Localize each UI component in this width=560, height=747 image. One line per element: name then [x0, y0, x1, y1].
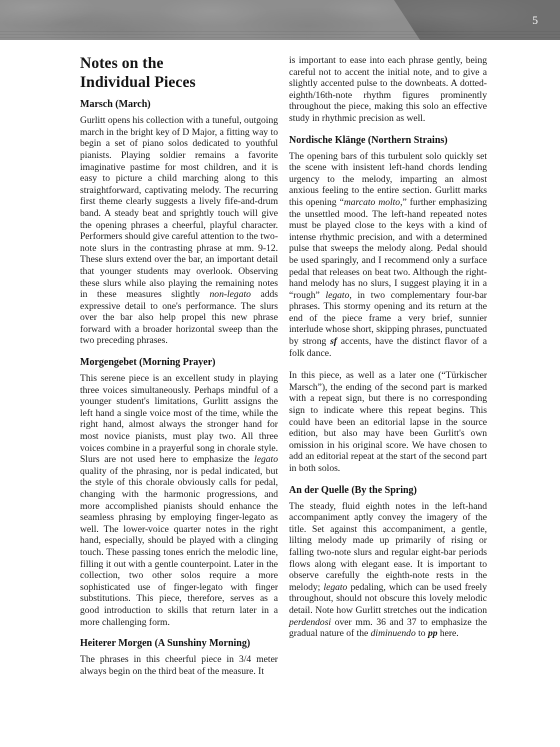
page-number: 5 — [532, 15, 538, 27]
section-heading-marsch: Marsch (March) — [80, 99, 278, 111]
section-heading-nordische-klaenge: Nordische Klänge (Northern Strains) — [289, 135, 487, 147]
two-column-body: Notes on the Individual Pieces Marsch (M… — [80, 55, 486, 677]
section-an-der-quelle: An der Quelle (By the Spring) The steady… — [289, 485, 487, 640]
header-dark-panel — [0, 0, 560, 40]
section-nordische-klaenge: Nordische Klänge (Northern Strains) The … — [289, 135, 487, 475]
right-column: is important to ease into each phrase ge… — [289, 55, 487, 677]
paragraph: The phrases in this cheerful piece in 3/… — [80, 654, 278, 677]
section-heiterer-morgen-continued: is important to ease into each phrase ge… — [289, 55, 487, 125]
continuation-paragraph: is important to ease into each phrase ge… — [289, 55, 487, 125]
page-title: Notes on the Individual Pieces — [80, 55, 278, 92]
page-header: 5 — [0, 0, 560, 40]
section-heading-an-der-quelle: An der Quelle (By the Spring) — [289, 485, 487, 497]
paragraph: This serene piece is an excellent study … — [80, 373, 278, 628]
section-heading-morgengebet: Morgengebet (Morning Prayer) — [80, 357, 278, 369]
paragraph: The opening bars of this turbulent solo … — [289, 151, 487, 360]
page-title-line-2: Individual Pieces — [80, 74, 278, 93]
section-marsch: Marsch (March) Gurlitt opens his collect… — [80, 99, 278, 347]
section-heiterer-morgen: Heiterer Morgen (A Sunshiny Morning) The… — [80, 638, 278, 677]
paragraph: The steady, fluid eighth notes in the le… — [289, 501, 487, 640]
paragraph: Gurlitt opens his collection with a tune… — [80, 115, 278, 347]
paragraph: In this piece, as well as a later one (“… — [289, 370, 487, 474]
page-title-line-1: Notes on the — [80, 55, 278, 74]
section-morgengebet: Morgengebet (Morning Prayer) This serene… — [80, 357, 278, 628]
document-page: 5 Notes on the Individual Pieces Marsch … — [0, 0, 560, 747]
section-heading-heiterer-morgen: Heiterer Morgen (A Sunshiny Morning) — [80, 638, 278, 650]
left-column: Notes on the Individual Pieces Marsch (M… — [80, 55, 278, 677]
